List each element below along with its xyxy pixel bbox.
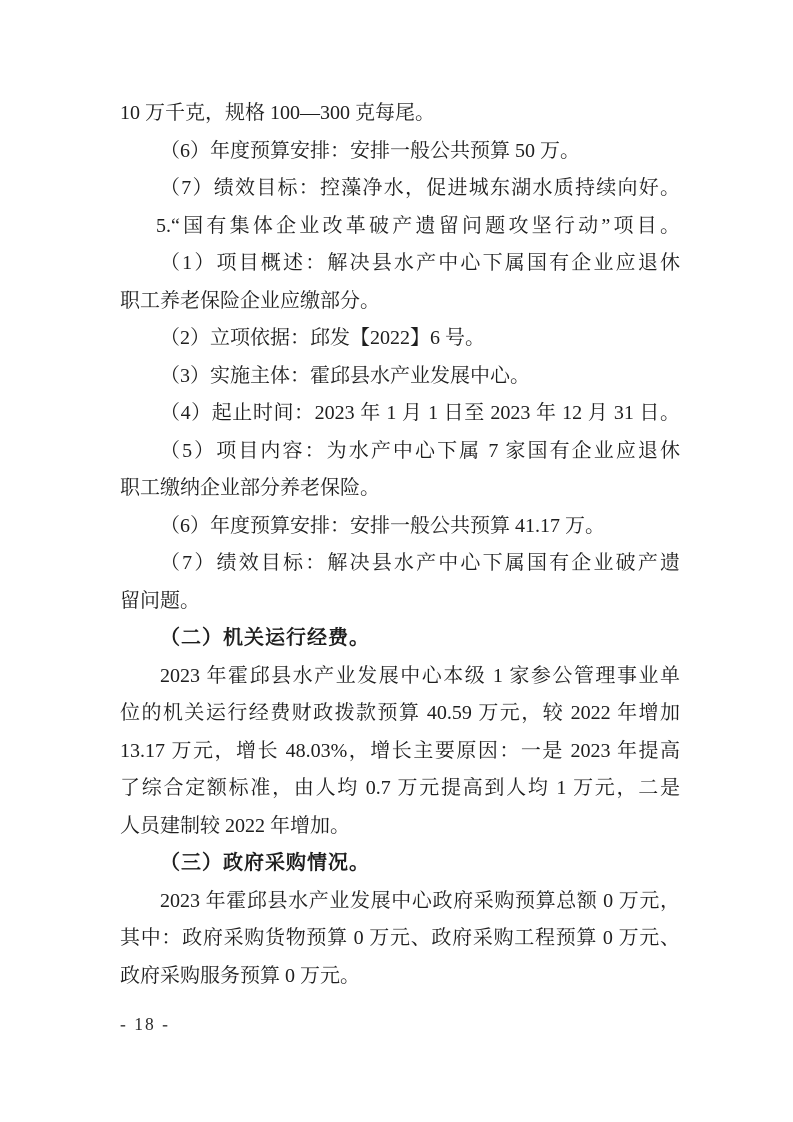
- text-line: 其中：政府采购货物预算 0 万元、政府采购工程预算 0 万元、: [120, 920, 680, 958]
- document-body: 10 万千克，规格 100—300 克每尾。 （6）年度预算安排：安排一般公共预…: [0, 0, 793, 995]
- text-line: 职工养老保险企业应缴部分。: [120, 283, 680, 321]
- text-line: 10 万千克，规格 100—300 克每尾。: [120, 95, 680, 133]
- text-line: 职工缴纳企业部分养老保险。: [120, 470, 680, 508]
- text-line: （6）年度预算安排：安排一般公共预算 41.17 万。: [120, 508, 680, 546]
- page-number: - 18 -: [120, 1014, 170, 1035]
- text-line: （5）项目内容：为水产中心下属 7 家国有企业应退休: [120, 433, 680, 471]
- text-line: （6）年度预算安排：安排一般公共预算 50 万。: [120, 133, 680, 171]
- text-line: 了综合定额标准，由人均 0.7 万元提高到人均 1 万元，二是: [120, 770, 680, 808]
- text-line: （1）项目概述：解决县水产中心下属国有企业应退休: [120, 245, 680, 283]
- text-line: （2）立项依据：邱发【2022】6 号。: [120, 320, 680, 358]
- text-line: 留问题。: [120, 583, 680, 621]
- text-line: （7）绩效目标：控藻净水，促进城东湖水质持续向好。: [120, 170, 680, 208]
- document-page: 10 万千克，规格 100—300 克每尾。 （6）年度预算安排：安排一般公共预…: [0, 0, 793, 1122]
- text-line: 13.17 万元，增长 48.03%，增长主要原因：一是 2023 年提高: [120, 733, 680, 771]
- text-line: 位的机关运行经费财政拨款预算 40.59 万元，较 2022 年增加: [120, 695, 680, 733]
- text-line: （4）起止时间：2023 年 1 月 1 日至 2023 年 12 月 31 日…: [120, 395, 680, 433]
- section-heading: （三）政府采购情况。: [120, 845, 680, 883]
- text-line: 2023 年霍邱县水产业发展中心本级 1 家参公管理事业单: [120, 658, 680, 696]
- text-line: 人员建制较 2022 年增加。: [120, 808, 680, 846]
- text-line: 政府采购服务预算 0 万元。: [120, 958, 680, 996]
- text-line: 2023 年霍邱县水产业发展中心政府采购预算总额 0 万元，: [120, 883, 680, 921]
- text-line: （7）绩效目标：解决县水产中心下属国有企业破产遗: [120, 545, 680, 583]
- text-line: （3）实施主体：霍邱县水产业发展中心。: [120, 358, 680, 396]
- list-item-line: 5.“国有集体企业改革破产遗留问题攻坚行动”项目。: [120, 208, 680, 246]
- section-heading: （二）机关运行经费。: [120, 620, 680, 658]
